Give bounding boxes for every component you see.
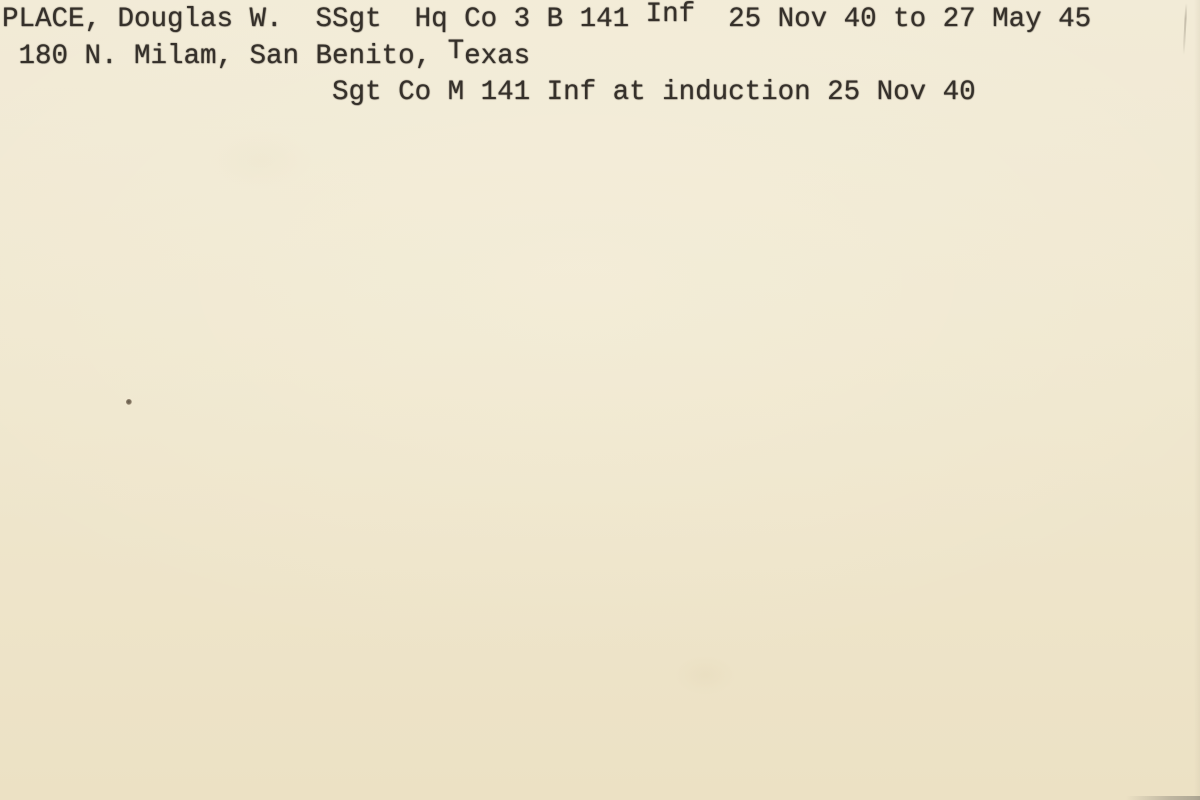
typewritten-segment: 25 Nov 40 to 27 May 45 bbox=[695, 4, 1091, 35]
typewritten-line: PLACE, Douglas W. SSgt Hq Co 3 B 141 Inf… bbox=[2, 2, 1091, 39]
paper-edge-tint bbox=[1194, 0, 1200, 800]
index-card-scan: PLACE, Douglas W. SSgt Hq Co 3 B 141 Inf… bbox=[0, 0, 1200, 800]
paper-crease bbox=[1183, 3, 1188, 55]
typewritten-segment: Sgt Co M 141 Inf at induction 25 Nov 40 bbox=[2, 77, 976, 108]
scan-edge-shadow bbox=[1126, 796, 1200, 800]
typewritten-line: 180 N. Milam, San Benito, Texas bbox=[2, 39, 1091, 76]
typewritten-line: Sgt Co M 141 Inf at induction 25 Nov 40 bbox=[2, 75, 1091, 112]
typewritten-segment: PLACE, Douglas W. SSgt Hq Co 3 B 141 bbox=[2, 4, 646, 35]
raised-characters: T bbox=[448, 36, 465, 67]
raised-characters: Inf bbox=[646, 0, 696, 30]
typewritten-segment: exas bbox=[464, 41, 530, 72]
typewritten-segment: 180 N. Milam, San Benito, bbox=[2, 41, 448, 72]
typewritten-text: PLACE, Douglas W. SSgt Hq Co 3 B 141 Inf… bbox=[2, 2, 1091, 112]
ink-speck bbox=[126, 399, 132, 405]
